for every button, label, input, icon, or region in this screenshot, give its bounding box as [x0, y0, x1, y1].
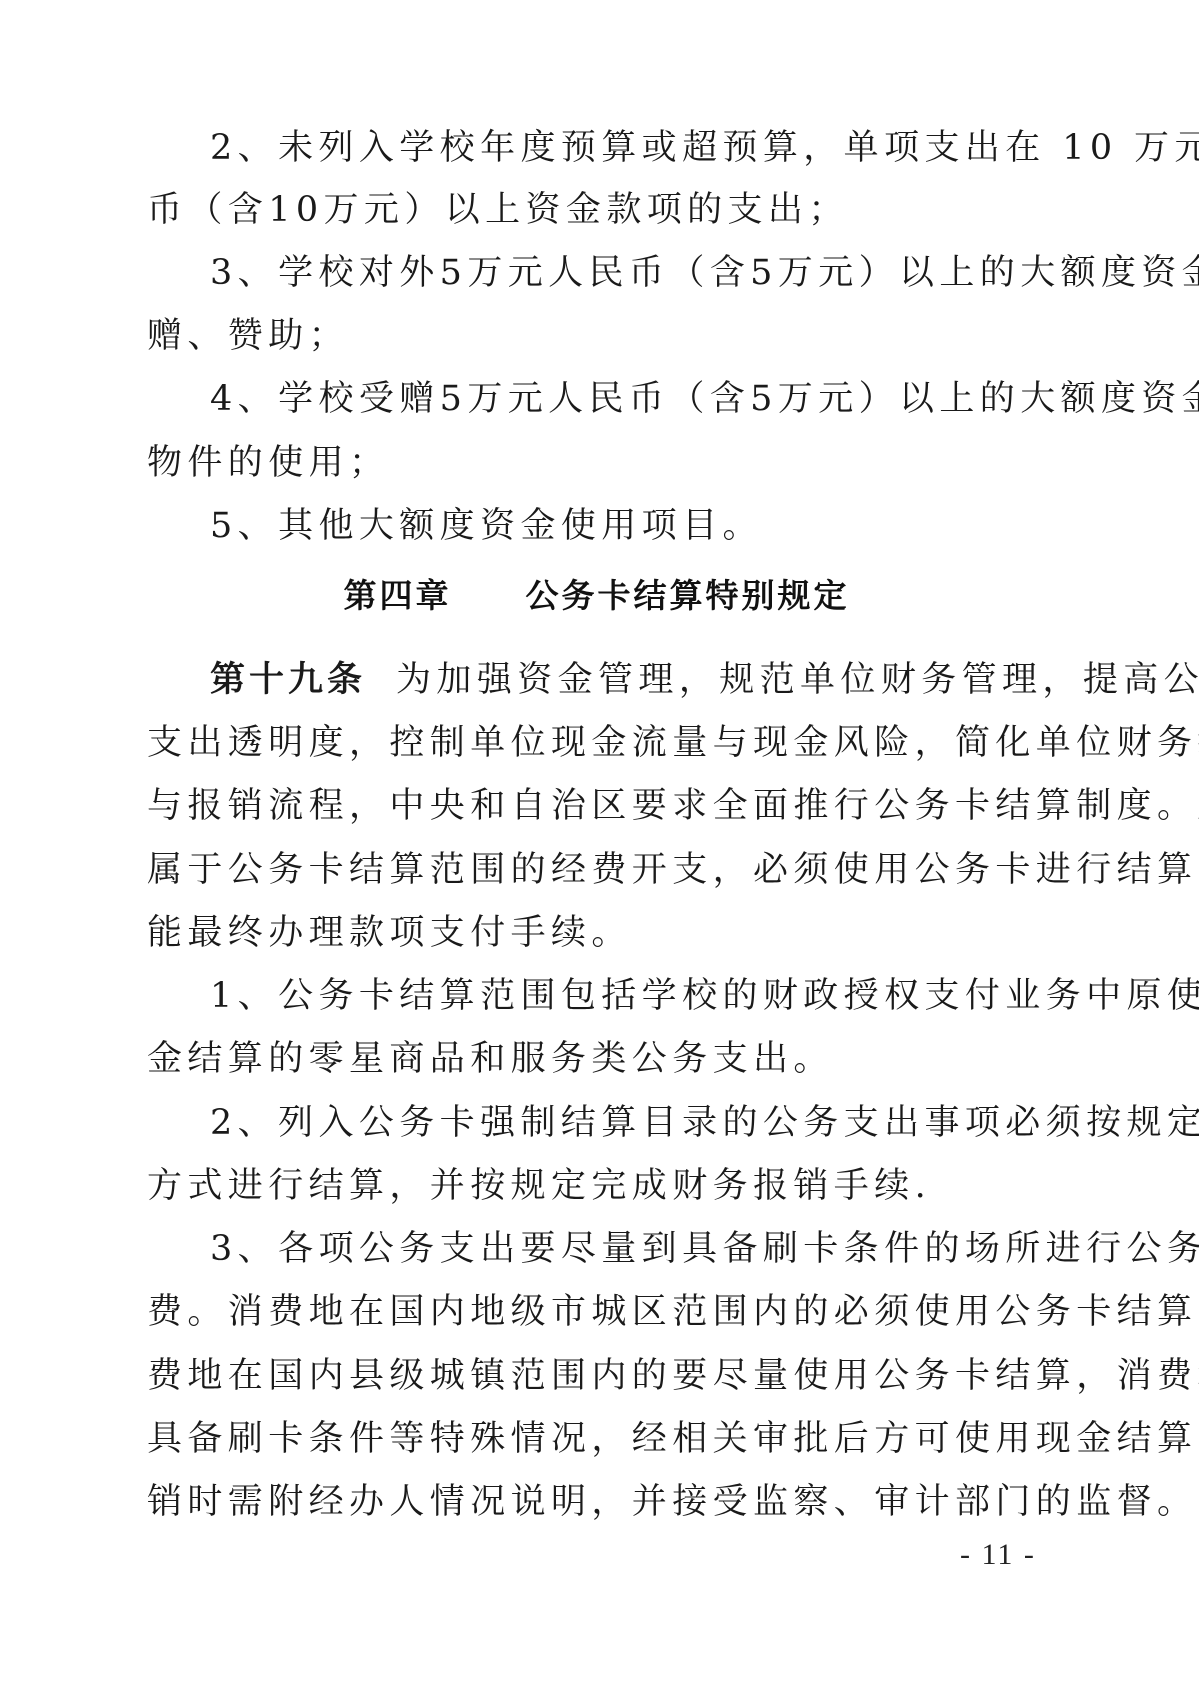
- document-page: 2、未列入学校年度预算或超预算，单项支出在 10 万元人民 币（含10万元）以上…: [0, 0, 1199, 1696]
- list-item-2-line-1: 2、未列入学校年度预算或超预算，单项支出在 10 万元人民: [210, 126, 1199, 170]
- article-item-1-line-1: 1、公务卡结算范围包括学校的财政授权支付业务中原使用现: [210, 974, 1199, 1018]
- chapter-heading: 第四章公务卡结算特别规定: [0, 574, 1199, 618]
- article-item-2-line-2: 方式进行结算，并按规定完成财务报销手续.: [147, 1164, 931, 1208]
- article-item-3-line-4: 具备刷卡条件等特殊情况，经相关审批后方可使用现金结算，报: [147, 1417, 1199, 1461]
- article-item-3-line-1: 3、各项公务支出要尽量到具备刷卡条件的场所进行公务消: [210, 1227, 1199, 1271]
- article-19-line-5: 能最终办理款项支付手续。: [147, 911, 632, 955]
- chapter-number: 第四章: [344, 576, 452, 615]
- article-19-line-4: 属于公务卡结算范围的经费开支，必须使用公务卡进行结算，才: [147, 848, 1199, 892]
- article-item-1-line-2: 金结算的零星商品和服务类公务支出。: [147, 1037, 834, 1081]
- list-item-5: 5、其他大额度资金使用项目。: [210, 504, 763, 548]
- chapter-title: 公务卡结算特别规定: [526, 576, 850, 615]
- article-item-3-line-2: 费。消费地在国内地级市城区范围内的必须使用公务卡结算，消: [147, 1290, 1199, 1334]
- list-item-4-line-1: 4、学校受赠5万元人民币（含5万元）以上的大额度资金及: [210, 377, 1199, 421]
- article-label: 第十九条: [210, 660, 366, 700]
- article-text: 为加强资金管理，规范单位财务管理，提高公务: [396, 660, 1199, 700]
- list-item-3-line-2: 赠、赞助；: [147, 314, 349, 358]
- list-item-3-line-1: 3、学校对外5万元人民币（含5万元）以上的大额度资金捐: [210, 251, 1199, 295]
- article-item-2-line-1: 2、列入公务卡强制结算目录的公务支出事项必须按规定结算: [210, 1101, 1199, 1145]
- article-item-3-line-5: 销时需附经办人情况说明，并接受监察、审计部门的监督。: [147, 1480, 1197, 1524]
- list-item-2-line-2: 币（含10万元）以上资金款项的支出；: [147, 188, 849, 232]
- page-number: - 11 -: [960, 1538, 1036, 1572]
- article-19-line-2: 支出透明度，控制单位现金流量与现金风险，简化单位财务结算: [147, 721, 1199, 765]
- article-19-line-3: 与报销流程，中央和自治区要求全面推行公务卡结算制度。对于: [147, 784, 1199, 828]
- article-19-line-1: 第十九条为加强资金管理，规范单位财务管理，提高公务: [210, 658, 1199, 702]
- list-item-4-line-2: 物件的使用；: [147, 441, 389, 485]
- article-item-3-line-3: 费地在国内县级城镇范围内的要尽量使用公务卡结算，消费地不: [147, 1354, 1199, 1398]
